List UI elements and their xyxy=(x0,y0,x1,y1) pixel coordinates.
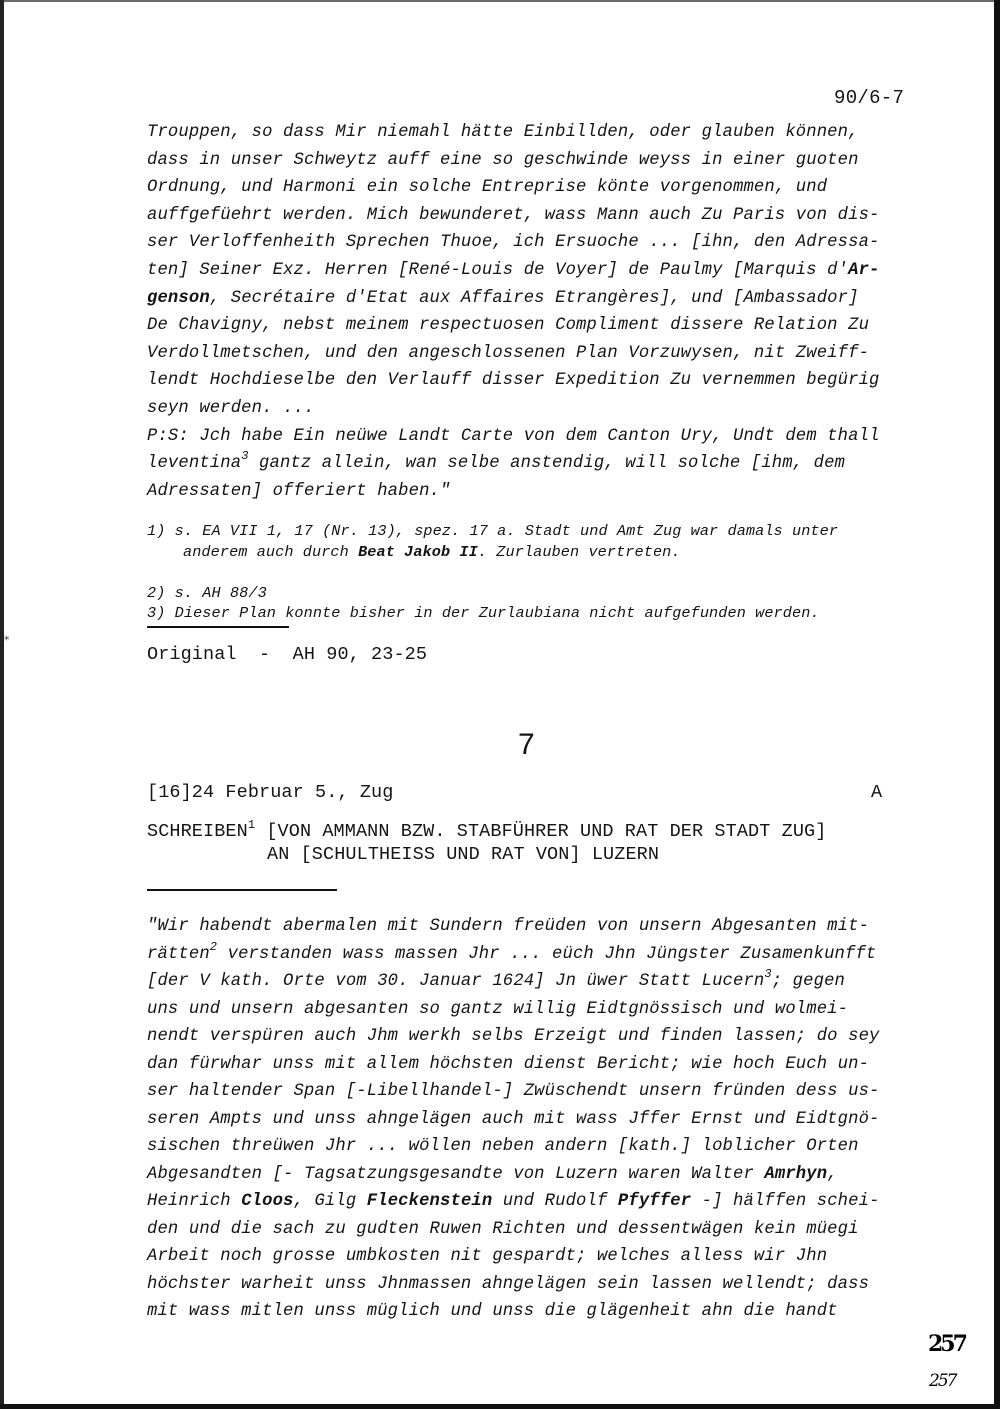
letter-text-line: "Wir habendt abermalen mit Sundern freüd… xyxy=(147,917,869,936)
source-note: Original - AH 90, 23-25 xyxy=(147,644,427,665)
letter-text-line: Heinrich Cloos, Gilg Fleckenstein und Ru… xyxy=(147,1192,880,1211)
footnote-ref: 3 xyxy=(764,967,771,981)
title-text: SCHREIBEN xyxy=(147,821,248,842)
letter-text-line: rätten2 verstanden wass massen Jhr ... e… xyxy=(147,945,876,964)
continued-text-line: Verdollmetschen, und den angeschlossenen… xyxy=(147,344,869,363)
continued-text-line: P:S: Jch habe Ein neüwe Landt Carte von … xyxy=(147,427,880,446)
continued-text-line: Trouppen, so dass Mir niemahl hätte Einb… xyxy=(147,123,859,142)
continued-text-line: genson, Secrétaire d'Etat aux Affaires E… xyxy=(147,289,859,308)
continued-text-line: De Chavigny, nebst meinem respectuosen C… xyxy=(147,316,869,335)
footnote-ref: 2 xyxy=(210,940,217,954)
continued-text-line: ten] Seiner Exz. Herren [René-Louis de V… xyxy=(147,261,880,280)
letter-text-line: [der V kath. Orte vom 30. Januar 1624] J… xyxy=(147,972,845,991)
footnote-ref: 1 xyxy=(248,818,255,832)
continued-text-line: dass in unser Schweytz auff eine so gesc… xyxy=(147,151,859,170)
letter-text-line: dan fürwhar unss mit allem höchsten dien… xyxy=(147,1055,869,1074)
source-dash: - xyxy=(259,644,270,665)
source-label: Original xyxy=(147,644,237,665)
document-title-line-1: SCHREIBEN1 [VON AMMANN BZW. STABFÜHRER U… xyxy=(147,821,826,842)
scan-border-right xyxy=(994,0,1000,1409)
continued-text-line: leventina3 gantz allein, wan selbe anste… xyxy=(147,454,845,473)
footnote: 1) s. EA VII 1, 17 (Nr. 13), spez. 17 a.… xyxy=(147,522,838,540)
margin-speck: ⁎ xyxy=(4,630,10,644)
continued-text-line: seyn werden. ... xyxy=(147,399,314,418)
title-divider xyxy=(147,889,337,891)
continued-text-line: lendt Hochdieselbe den Verlauff disser E… xyxy=(147,371,880,390)
letter-text-line: den und die sach zu gudten Ruwen Richten… xyxy=(147,1220,859,1239)
scan-border-bottom xyxy=(0,1404,1000,1409)
continued-text-line: Adressaten] offeriert haben." xyxy=(147,482,450,501)
letter-text-line: Arbeit noch grosse umbkosten nit gespard… xyxy=(147,1247,827,1266)
scan-border-top xyxy=(0,0,1000,2)
date-place: [16]24 Februar 5., Zug xyxy=(147,782,393,803)
source-reference: AH 90, 23-25 xyxy=(293,644,427,665)
footnote-continuation: anderem auch durch Beat Jakob II. Zurlau… xyxy=(183,543,681,561)
letter-text-line: nendt verspüren auch Jhm werkh selbs Erz… xyxy=(147,1027,880,1046)
letter-text-line: Abgesandten [- Tagsatzungsgesandte von L… xyxy=(147,1165,838,1184)
letter-text-line: seren Ampts und unss ahngelägen auch mit… xyxy=(147,1110,880,1129)
scan-border-left xyxy=(0,0,4,1409)
page-reference: 90/6-7 xyxy=(834,87,904,109)
letter-text-line: höchster warheit unss Jhnmassen ahngeläg… xyxy=(147,1275,869,1294)
continued-text-line: auffgefüehrt werden. Mich bewunderet, wa… xyxy=(147,206,880,225)
continued-text-line: ser Verloffenheith Sprechen Thuoe, ich E… xyxy=(147,233,880,252)
letter-text-line: sischen threüwen Jhr ... wöllen neben an… xyxy=(147,1137,859,1156)
footnote: 3) Dieser Plan konnte bisher in der Zurl… xyxy=(147,604,820,622)
footnote-ref: 3 xyxy=(241,449,248,463)
letter-text-line: ser haltender Span [-Libellhandel-] Zwüs… xyxy=(147,1082,880,1101)
document-title-line-2: AN [SCHULTHEISS UND RAT VON] LUZERN xyxy=(267,844,659,865)
footnote: 2) s. AH 88/3 xyxy=(147,584,267,602)
letter-text-line: uns und unsern abgesanten so gantz willi… xyxy=(147,1000,848,1019)
continued-text-line: Ordnung, und Harmoni ein solche Entrepri… xyxy=(147,178,827,197)
title-text: [VON AMMANN BZW. STABFÜHRER UND RAT DER … xyxy=(255,821,826,842)
handwritten-page-number-2: 257 xyxy=(929,1371,955,1391)
document-type-marker: A xyxy=(871,782,882,803)
document-number: 7 xyxy=(518,728,535,762)
letter-text-line: mit wass mitlen unss müglich und unss di… xyxy=(147,1302,838,1321)
footnote-divider xyxy=(147,626,289,628)
handwritten-page-number: 257 xyxy=(928,1331,965,1357)
